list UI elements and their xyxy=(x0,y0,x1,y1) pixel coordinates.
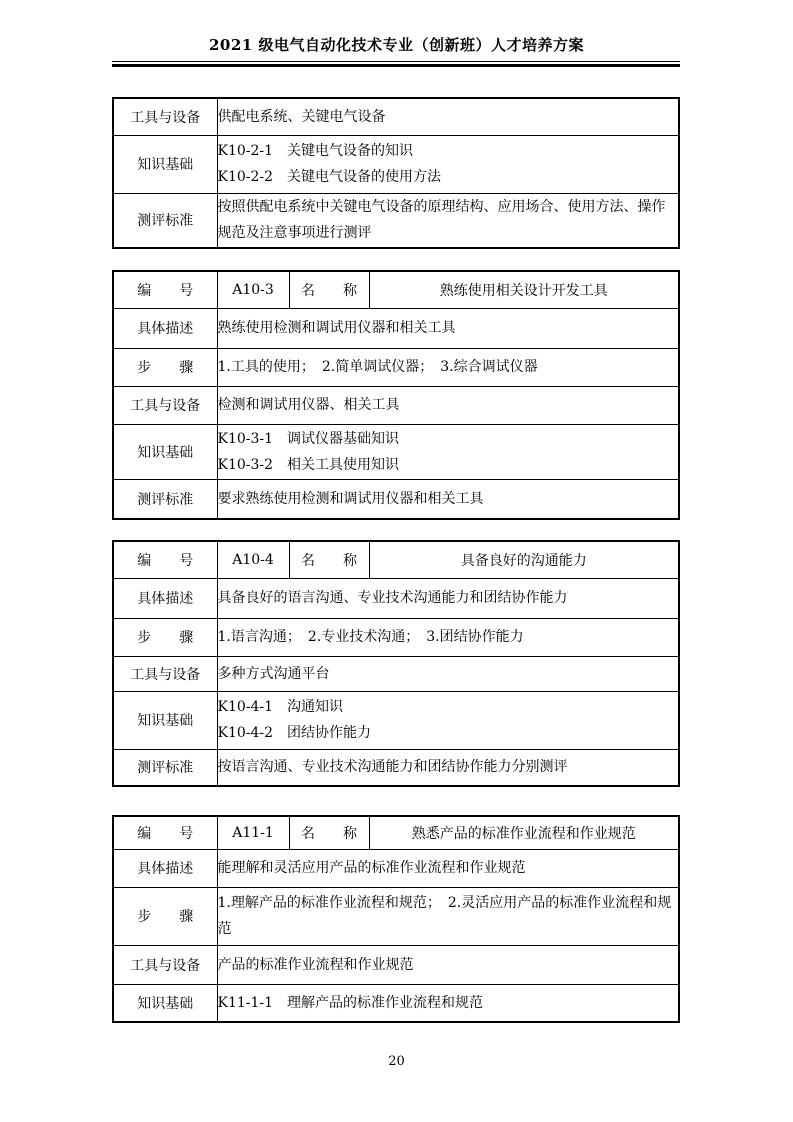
page-number: 20 xyxy=(0,1054,793,1069)
task-name: 熟悉产品的标准作业流程和作业规范 xyxy=(369,816,679,849)
row-label: 工具与设备 xyxy=(113,945,217,984)
table-row: 测评标准 按语言沟通、专业技术沟通能力和团结协作能力分别测评 xyxy=(113,749,679,786)
table-row: 测评标准 按照供配电系统中关键电气设备的原理结构、应用场合、使用方法、操作规范及… xyxy=(113,193,679,248)
row-label: 知识基础 xyxy=(113,135,217,193)
content-line: 按照供配电系统中关键电气设备的原理结构、应用场合、使用方法、操作规范及注意事项进… xyxy=(218,194,679,246)
table-row: 编 号 A11-1 名 称 熟悉产品的标准作业流程和作业规范 xyxy=(113,816,679,849)
content-line: 能理解和灵活应用产品的标准作业流程和作业规范 xyxy=(218,855,679,881)
row-label: 步 骤 xyxy=(113,618,217,656)
table-row: 工具与设备 供配电系统、关键电气设备 xyxy=(113,98,679,135)
row-label: 工具与设备 xyxy=(113,98,217,135)
row-content: 产品的标准作业流程和作业规范 xyxy=(217,945,679,984)
row-label: 编 号 xyxy=(113,271,217,308)
table-row: 具体描述 能理解和灵活应用产品的标准作业流程和作业规范 xyxy=(113,849,679,887)
table-row: 知识基础 K10-3-1 调试仪器基础知识 K10-3-2 相关工具使用知识 xyxy=(113,424,679,479)
row-label: 具体描述 xyxy=(113,308,217,348)
row-label: 具体描述 xyxy=(113,578,217,618)
content-line: 具备良好的语言沟通、专业技术沟通能力和团结协作能力 xyxy=(218,585,679,611)
row-label: 工具与设备 xyxy=(113,656,217,691)
row-content: K11-1-1 理解产品的标准作业流程和规范 xyxy=(217,984,679,1022)
row-content: 1.理解产品的标准作业流程和规范； 2.灵活应用产品的标准作业流程和规范 xyxy=(217,887,679,945)
content-line: 要求熟练使用检测和调试用仪器和相关工具 xyxy=(218,486,679,512)
row-label: 步 骤 xyxy=(113,348,217,386)
task-table-a10-3: 编 号 A10-3 名 称 熟练使用相关设计开发工具 具体描述 熟练使用检测和调… xyxy=(112,270,680,520)
content-line: K10-3-1 调试仪器基础知识 xyxy=(218,426,679,452)
task-code: A10-4 xyxy=(217,541,289,578)
row-content: 按语言沟通、专业技术沟通能力和团结协作能力分别测评 xyxy=(217,749,679,786)
task-code: A11-1 xyxy=(217,816,289,849)
table-row: 具体描述 熟练使用检测和调试用仪器和相关工具 xyxy=(113,308,679,348)
header-rule xyxy=(112,61,680,67)
row-content: 检测和调试用仪器、相关工具 xyxy=(217,386,679,424)
row-label: 名 称 xyxy=(289,816,369,849)
row-content: 供配电系统、关键电气设备 xyxy=(217,98,679,135)
content-line: 1.语言沟通； 2.专业技术沟通； 3.团结协作能力 xyxy=(218,624,679,650)
task-table-k10-2: 工具与设备 供配电系统、关键电气设备 知识基础 K10-2-1 关键电气设备的知… xyxy=(112,97,680,249)
row-label: 编 号 xyxy=(113,541,217,578)
table-row: 编 号 A10-4 名 称 具备良好的沟通能力 xyxy=(113,541,679,578)
task-table-a11-1: 编 号 A11-1 名 称 熟悉产品的标准作业流程和作业规范 具体描述 能理解和… xyxy=(112,815,680,1023)
row-label: 知识基础 xyxy=(113,691,217,749)
content-line: 多种方式沟通平台 xyxy=(218,661,679,687)
row-label: 测评标准 xyxy=(113,749,217,786)
content-line: K10-4-2 团结协作能力 xyxy=(218,720,679,746)
row-label: 名 称 xyxy=(289,541,369,578)
table-row: 知识基础 K10-4-1 沟通知识 K10-4-2 团结协作能力 xyxy=(113,691,679,749)
task-name: 具备良好的沟通能力 xyxy=(369,541,679,578)
row-content: K10-2-1 关键电气设备的知识 K10-2-2 关键电气设备的使用方法 xyxy=(217,135,679,193)
table-row: 知识基础 K11-1-1 理解产品的标准作业流程和规范 xyxy=(113,984,679,1022)
row-content: 具备良好的语言沟通、专业技术沟通能力和团结协作能力 xyxy=(217,578,679,618)
content-line: 产品的标准作业流程和作业规范 xyxy=(218,952,679,978)
row-content: 熟练使用检测和调试用仪器和相关工具 xyxy=(217,308,679,348)
row-content: 1.语言沟通； 2.专业技术沟通； 3.团结协作能力 xyxy=(217,618,679,656)
task-table-a10-4: 编 号 A10-4 名 称 具备良好的沟通能力 具体描述 具备良好的语言沟通、专… xyxy=(112,540,680,787)
table-row: 步 骤 1.语言沟通； 2.专业技术沟通； 3.团结协作能力 xyxy=(113,618,679,656)
content-line: K11-1-1 理解产品的标准作业流程和规范 xyxy=(218,990,679,1016)
content-line: K10-3-2 相关工具使用知识 xyxy=(218,452,679,478)
row-label: 具体描述 xyxy=(113,849,217,887)
row-content: 多种方式沟通平台 xyxy=(217,656,679,691)
table-row: 步 骤 1.工具的使用； 2.简单调试仪器； 3.综合调试仪器 xyxy=(113,348,679,386)
row-label: 测评标准 xyxy=(113,479,217,519)
row-label: 工具与设备 xyxy=(113,386,217,424)
row-content: 按照供配电系统中关键电气设备的原理结构、应用场合、使用方法、操作规范及注意事项进… xyxy=(217,193,679,248)
table-row: 知识基础 K10-2-1 关键电气设备的知识 K10-2-2 关键电气设备的使用… xyxy=(113,135,679,193)
content-line: 1.理解产品的标准作业流程和规范； 2.灵活应用产品的标准作业流程和规范 xyxy=(218,890,679,942)
content-line: K10-4-1 沟通知识 xyxy=(218,694,679,720)
table-row: 编 号 A10-3 名 称 熟练使用相关设计开发工具 xyxy=(113,271,679,308)
row-content: 能理解和灵活应用产品的标准作业流程和作业规范 xyxy=(217,849,679,887)
table-row: 测评标准 要求熟练使用检测和调试用仪器和相关工具 xyxy=(113,479,679,519)
task-code: A10-3 xyxy=(217,271,289,308)
content-line: K10-2-1 关键电气设备的知识 xyxy=(218,138,679,164)
table-row: 步 骤 1.理解产品的标准作业流程和规范； 2.灵活应用产品的标准作业流程和规范 xyxy=(113,887,679,945)
content-line: 按语言沟通、专业技术沟通能力和团结协作能力分别测评 xyxy=(218,754,679,780)
content-line: 供配电系统、关键电气设备 xyxy=(218,104,679,130)
row-content: K10-4-1 沟通知识 K10-4-2 团结协作能力 xyxy=(217,691,679,749)
content-line: 熟练使用检测和调试用仪器和相关工具 xyxy=(218,315,679,341)
table-row: 工具与设备 产品的标准作业流程和作业规范 xyxy=(113,945,679,984)
row-label: 编 号 xyxy=(113,816,217,849)
table-row: 工具与设备 多种方式沟通平台 xyxy=(113,656,679,691)
row-content: K10-3-1 调试仪器基础知识 K10-3-2 相关工具使用知识 xyxy=(217,424,679,479)
row-content: 1.工具的使用； 2.简单调试仪器； 3.综合调试仪器 xyxy=(217,348,679,386)
content-line: 检测和调试用仪器、相关工具 xyxy=(218,392,679,418)
content-line: K10-2-2 关键电气设备的使用方法 xyxy=(218,164,679,190)
row-label: 名 称 xyxy=(289,271,369,308)
row-content: 要求熟练使用检测和调试用仪器和相关工具 xyxy=(217,479,679,519)
table-row: 具体描述 具备良好的语言沟通、专业技术沟通能力和团结协作能力 xyxy=(113,578,679,618)
row-label: 步 骤 xyxy=(113,887,217,945)
task-name: 熟练使用相关设计开发工具 xyxy=(369,271,679,308)
page-title: 2021 级电气自动化技术专业（创新班）人才培养方案 xyxy=(0,34,793,55)
row-label: 知识基础 xyxy=(113,984,217,1022)
document-page: 2021 级电气自动化技术专业（创新班）人才培养方案 工具与设备 供配电系统、关… xyxy=(0,0,793,1122)
content-line: 1.工具的使用； 2.简单调试仪器； 3.综合调试仪器 xyxy=(218,354,679,380)
row-label: 测评标准 xyxy=(113,193,217,248)
table-row: 工具与设备 检测和调试用仪器、相关工具 xyxy=(113,386,679,424)
row-label: 知识基础 xyxy=(113,424,217,479)
